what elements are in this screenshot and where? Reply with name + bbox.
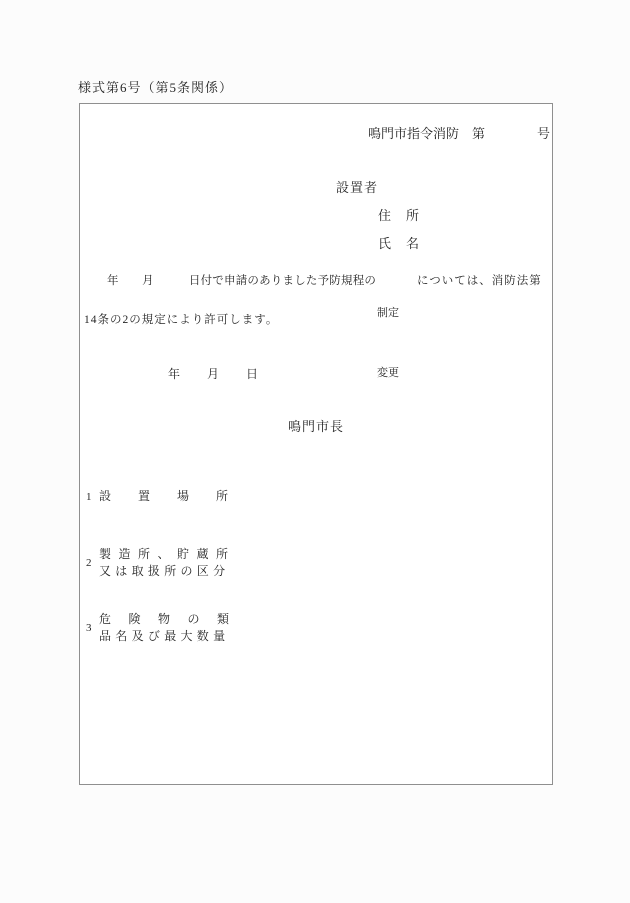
item-row-facility-category: 2 製造所、貯蔵所 又は取扱所の区分 xyxy=(86,546,236,580)
item-label-line1: 製造所、貯蔵所 xyxy=(99,546,236,563)
item-label: 製造所、貯蔵所 又は取扱所の区分 xyxy=(99,546,236,580)
document-number-line: 鳴門市指令消防 第 号 xyxy=(368,127,550,140)
body-line1-date-part: 年 月 日付で申請のありました予防規程の xyxy=(107,276,376,288)
enact-or-amend-stack: 制定 変更 xyxy=(377,263,399,423)
item-label: 設置場所 xyxy=(99,488,255,505)
item-number: 2 xyxy=(86,557,94,569)
installer-label: 設置者 xyxy=(336,181,378,194)
installer-name-label: 氏 名 xyxy=(378,237,420,250)
item-number: 1 xyxy=(86,491,94,503)
item-label-line2: 又は取扱所の区分 xyxy=(99,563,236,580)
body-line1-continuation: については、消防法第 xyxy=(417,276,542,288)
item-label-line1: 危険物の類 xyxy=(99,611,247,628)
amend-label: 変更 xyxy=(377,363,399,383)
item-number: 3 xyxy=(86,622,94,634)
item-row-installation-location: 1 設置場所 xyxy=(86,488,255,505)
item-row-hazardous-materials: 3 危険物の類 品名及び最大数量 xyxy=(86,611,247,645)
mayor-signature-label: 鳴門市長 xyxy=(288,420,344,433)
item-label-line2: 品名及び最大数量 xyxy=(99,628,247,645)
item-label-line1: 設置場所 xyxy=(99,488,255,505)
form-style-label: 様式第6号（第5条関係） xyxy=(78,81,233,94)
body-line2: 14条の2の規定により許可します。 xyxy=(84,315,278,327)
installer-address-label: 住 所 xyxy=(378,209,420,222)
document-page: 様式第6号（第5条関係） 鳴門市指令消防 第 号 設置者 住 所 氏 名 年 月… xyxy=(0,0,630,903)
item-label: 危険物の類 品名及び最大数量 xyxy=(99,611,247,645)
enact-label: 制定 xyxy=(377,303,399,323)
document-border-box: 鳴門市指令消防 第 号 設置者 住 所 氏 名 年 月 日付で申請のありました予… xyxy=(79,103,553,785)
issue-date-line: 年 月 日 xyxy=(168,368,259,380)
